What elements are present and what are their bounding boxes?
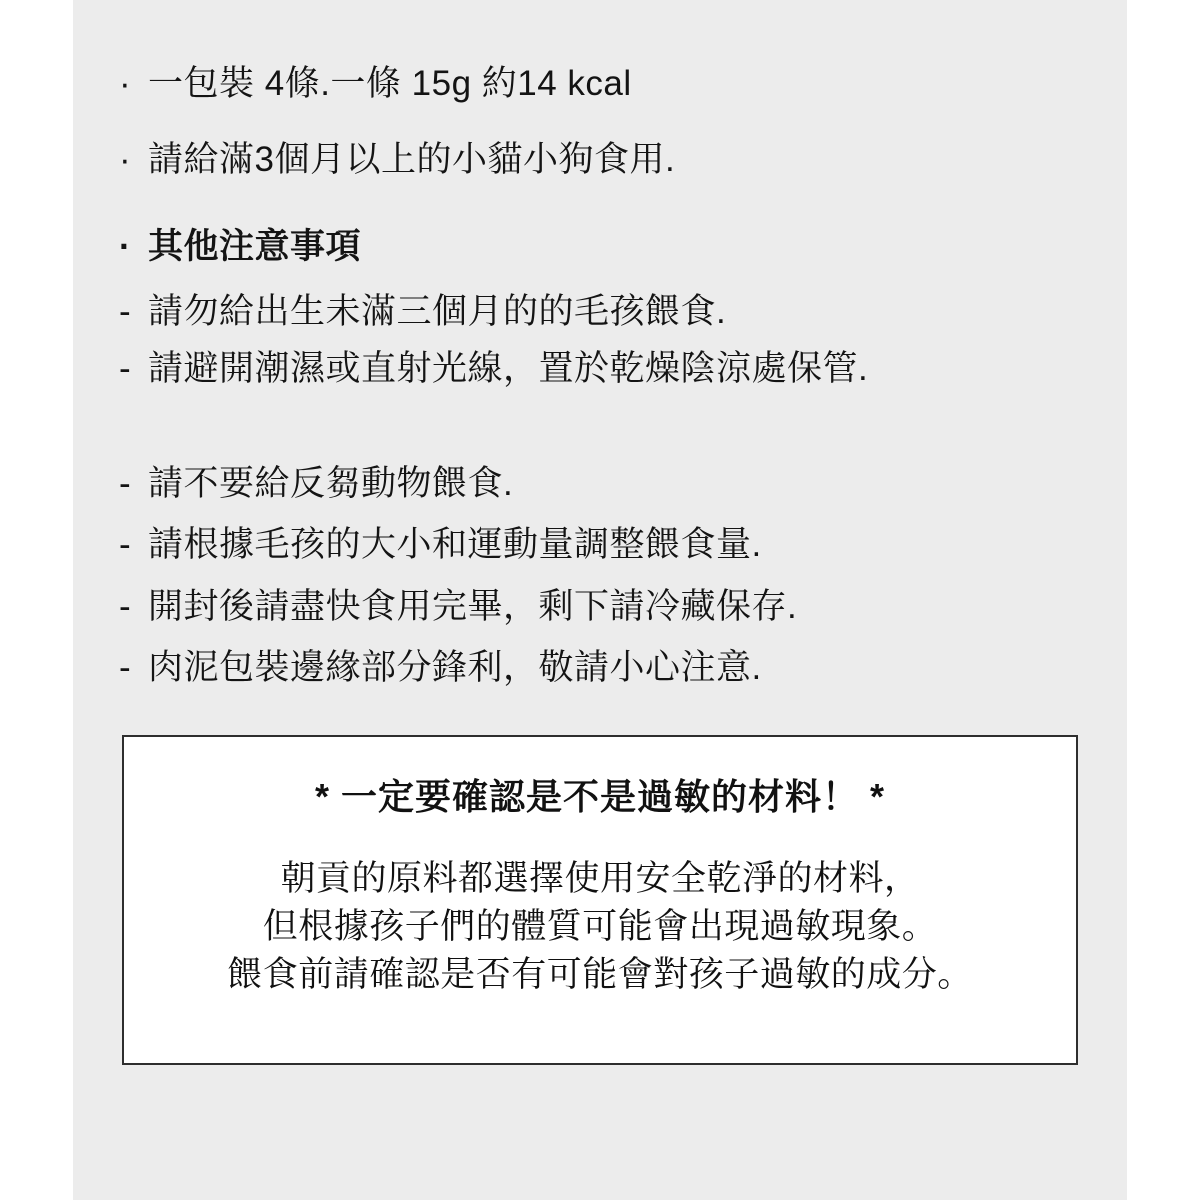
allergy-warning-line: 但根據孩子們的體質可能會出現過敏現象。 — [124, 903, 1076, 951]
note-text: 請避開潮濕或直射光線，置於乾燥陰涼處保管. — [148, 349, 868, 389]
note-text: 開封後請盡快食用完畢，剩下請冷藏保存. — [148, 587, 797, 627]
note-text: 一包裝 4條.一條 15g 約14 kcal — [148, 64, 632, 104]
allergy-warning-line: 餵食前請確認是否有可能會對孩子過敏的成分。 — [124, 951, 1076, 999]
dash-marker: - — [119, 349, 148, 389]
bullet-marker: · — [119, 64, 148, 104]
list-item: - 請不要給反芻動物餵食. — [119, 464, 1127, 504]
list-item: · 請給滿3個月以上的小貓小狗食用. — [119, 140, 1127, 180]
note-text: 請給滿3個月以上的小貓小狗食用. — [148, 140, 675, 180]
note-text: 請根據毛孩的大小和運動量調整餵食量. — [148, 525, 762, 565]
dash-marker: - — [119, 525, 148, 565]
dash-marker: - — [119, 587, 148, 627]
list-item: - 肉泥包裝邊緣部分鋒利，敬請小心注意. — [119, 648, 1127, 688]
list-item: - 開封後請盡快食用完畢，剩下請冷藏保存. — [119, 587, 1127, 627]
note-text: 請不要給反芻動物餵食. — [148, 464, 513, 504]
list-item: - 請勿給出生未滿三個月的的毛孩餵食. — [119, 292, 1127, 332]
allergy-warning-title: * 一定要確認是不是過敏的材料！ * — [124, 775, 1076, 819]
notes-list: · 一包裝 4條.一條 15g 約14 kcal · 請給滿3個月以上的小貓小狗… — [73, 0, 1127, 688]
list-item: · 一包裝 4條.一條 15g 約14 kcal — [119, 64, 1127, 104]
allergy-warning-line: 朝貢的原料都選擇使用安全乾淨的材料， — [124, 855, 1076, 903]
section-heading-text: 其他注意事項 — [148, 227, 361, 267]
allergy-warning-body: 朝貢的原料都選擇使用安全乾淨的材料， 但根據孩子們的體質可能會出現過敏現象。 餵… — [124, 855, 1076, 999]
list-item-section-heading: · 其他注意事項 — [119, 227, 1127, 267]
dash-marker: - — [119, 292, 148, 332]
content-panel: · 一包裝 4條.一條 15g 約14 kcal · 請給滿3個月以上的小貓小狗… — [73, 0, 1127, 1200]
note-text: 肉泥包裝邊緣部分鋒利，敬請小心注意. — [148, 648, 762, 688]
bullet-marker: · — [119, 227, 148, 267]
bullet-marker: · — [119, 140, 148, 180]
dash-marker: - — [119, 464, 148, 504]
note-text: 請勿給出生未滿三個月的的毛孩餵食. — [148, 292, 726, 332]
list-item: - 請避開潮濕或直射光線，置於乾燥陰涼處保管. — [119, 349, 1127, 389]
dash-marker: - — [119, 648, 148, 688]
allergy-warning-box: * 一定要確認是不是過敏的材料！ * 朝貢的原料都選擇使用安全乾淨的材料， 但根… — [122, 735, 1078, 1065]
list-item: - 請根據毛孩的大小和運動量調整餵食量. — [119, 525, 1127, 565]
